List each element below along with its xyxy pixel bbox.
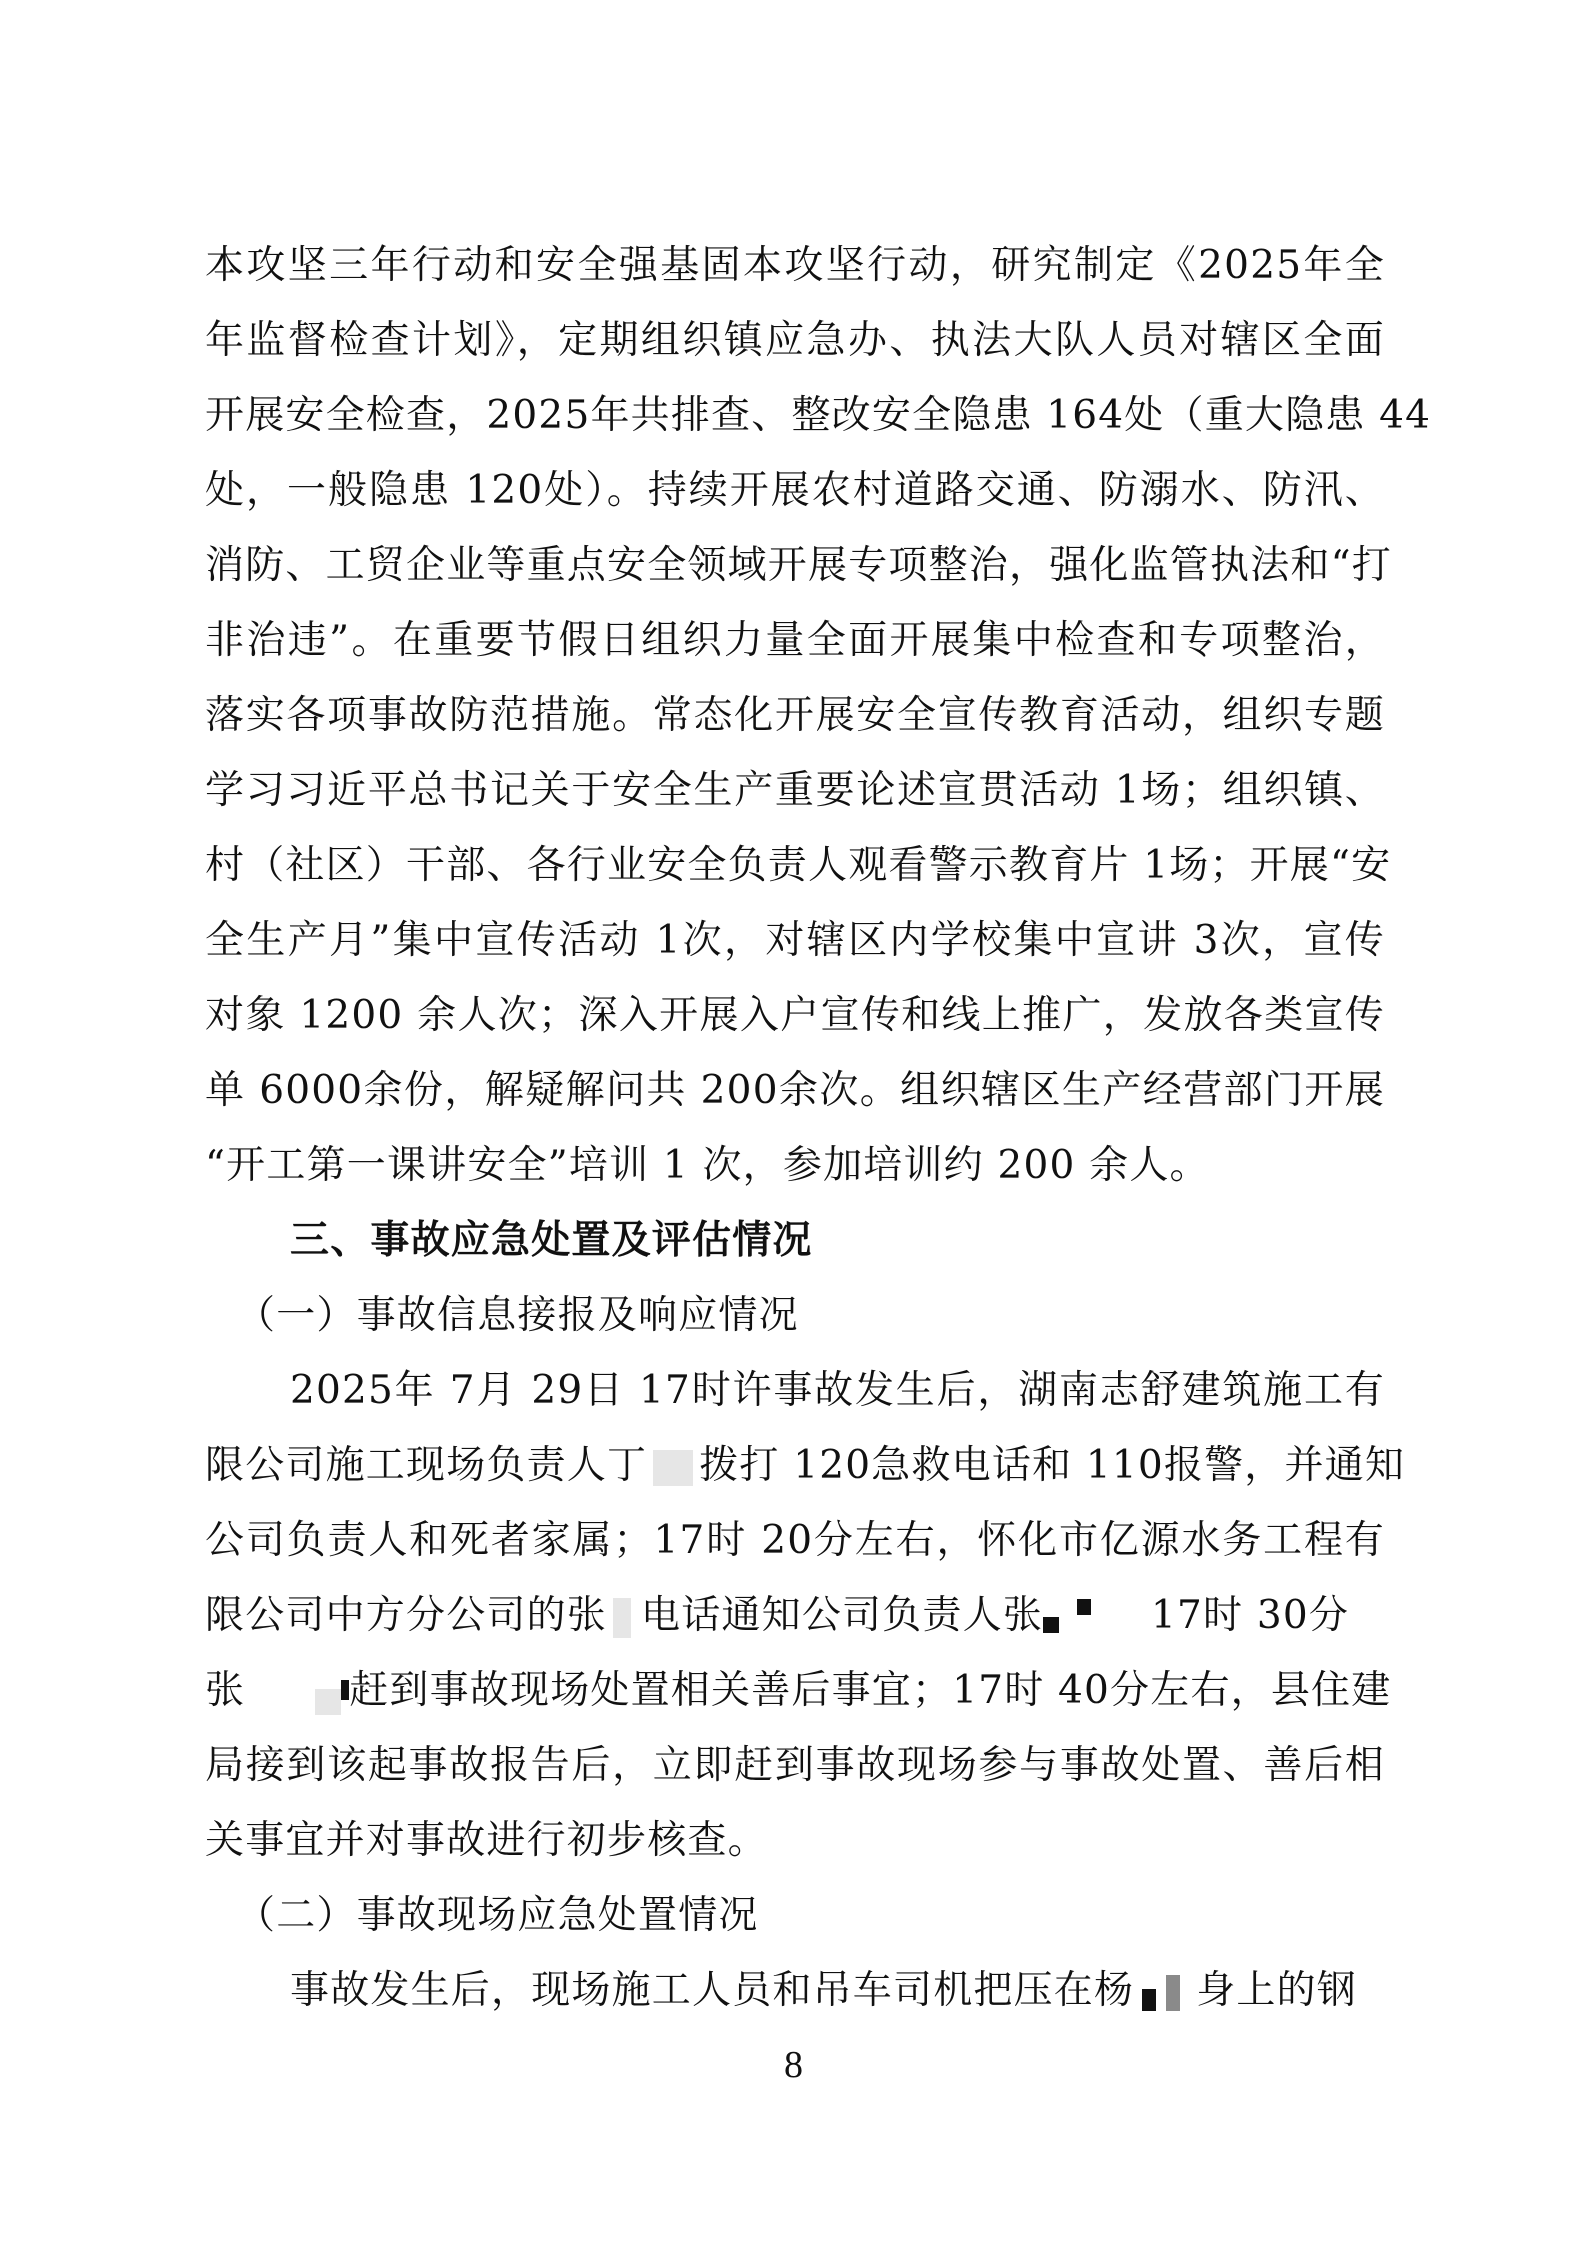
- redaction-block: [613, 1598, 631, 1638]
- sub2-line-1-part-b: 身上的钢: [1196, 1968, 1357, 2013]
- sub2-line-1-part-a: 事故发生后，现场施工人员和吊车司机把压在杨: [290, 1968, 1134, 2013]
- body-line-10: 全生产月”集中宣传活动 1次，对辖区内学校集中宣讲 3次，宣传: [205, 911, 1385, 971]
- sub1-line-2: 限公司施工现场负责人丁拨打 120急救电话和 110报警，并通知: [205, 1436, 1385, 1496]
- page-number: 8: [0, 2040, 1587, 2090]
- body-line-2: 年监督检查计划》，定期组织镇应急办、执法大队人员对辖区全面: [205, 311, 1385, 371]
- body-line-1: 本攻坚三年行动和安全强基固本攻坚行动，研究制定《2025年全: [205, 236, 1385, 296]
- sub1-line-4-part-b: 电话通知公司负责人张: [641, 1593, 1043, 1638]
- section-heading: 三、事故应急处置及评估情况: [290, 1211, 1385, 1271]
- sub1-line-2-part-b: 拨打 120急救电话和 110报警，并通知: [699, 1443, 1405, 1488]
- body-line-8: 学习习近平总书记关于安全生产重要论述宣贯活动 1场；组织镇、: [205, 761, 1385, 821]
- body-line-9: 村（社区）干部、各行业安全负责人观看警示教育片 1场；开展“安: [205, 836, 1385, 896]
- body-line-11: 对象 1200 余人次；深入开展入户宣传和线上推广，发放各类宣传: [205, 986, 1385, 1046]
- redaction-block: [1077, 1599, 1091, 1615]
- sub2-line-1: 事故发生后，现场施工人员和吊车司机把压在杨身上的钢: [290, 1961, 1385, 2021]
- sub1-line-4-part-a: 限公司中方分公司的张: [205, 1593, 607, 1638]
- sub1-line-4-part-c: 17时 30分: [1151, 1593, 1349, 1638]
- sub1-line-6: 局接到该起事故报告后，立即赶到事故现场参与事故处置、善后相: [205, 1736, 1385, 1796]
- redaction-block: [1166, 1975, 1180, 2011]
- sub1-line-4: 限公司中方分公司的张电话通知公司负责人张17时 30分: [205, 1586, 1385, 1646]
- body-line-3: 开展安全检查，2025年共排查、整改安全隐患 164处（重大隐患 44: [205, 386, 1385, 446]
- body-line-6: 非治违”。在重要节假日组织力量全面开展集中检查和专项整治，: [205, 611, 1385, 671]
- redaction-block: [1142, 1989, 1156, 2011]
- sub1-line-7: 关事宜并对事故进行初步核查。: [205, 1811, 1385, 1871]
- sub1-line-5-part-b: 赶到事故现场处置相关善后事宜；17时 40分左右，县住建: [349, 1668, 1391, 1713]
- body-line-13: “开工第一课讲安全”培训 1 次，参加培训约 200 余人。: [205, 1136, 1385, 1196]
- redaction-block: [315, 1689, 341, 1715]
- subsection-2-title: （二）事故现场应急处置情况: [236, 1886, 1331, 1946]
- sub1-line-1: 2025年 7月 29日 17时许事故发生后，湖南志舒建筑施工有: [290, 1361, 1385, 1421]
- body-line-4: 处，一般隐患 120处）。持续开展农村道路交通、防溺水、防汛、: [205, 461, 1385, 521]
- subsection-1-title: （一）事故信息接报及响应情况: [236, 1286, 1331, 1346]
- redaction-block: [341, 1680, 349, 1700]
- body-line-7: 落实各项事故防范措施。常态化开展安全宣传教育活动，组织专题: [205, 686, 1385, 746]
- sub1-line-5: 张赶到事故现场处置相关善后事宜；17时 40分左右，县住建: [205, 1661, 1385, 1721]
- body-line-5: 消防、工贸企业等重点安全领域开展专项整治，强化监管执法和“打: [205, 536, 1385, 596]
- document-page: 本攻坚三年行动和安全强基固本攻坚行动，研究制定《2025年全 年监督检查计划》，…: [0, 0, 1587, 2245]
- sub1-line-3: 公司负责人和死者家属；17时 20分左右，怀化市亿源水务工程有: [205, 1511, 1385, 1571]
- redaction-block: [1043, 1617, 1059, 1633]
- redaction-block: [653, 1450, 693, 1486]
- body-line-12: 单 6000余份，解疑解问共 200余次。组织辖区生产经营部门开展: [205, 1061, 1385, 1121]
- sub1-line-5-part-a: 张: [205, 1668, 245, 1713]
- sub1-line-2-part-a: 限公司施工现场负责人丁: [205, 1443, 647, 1488]
